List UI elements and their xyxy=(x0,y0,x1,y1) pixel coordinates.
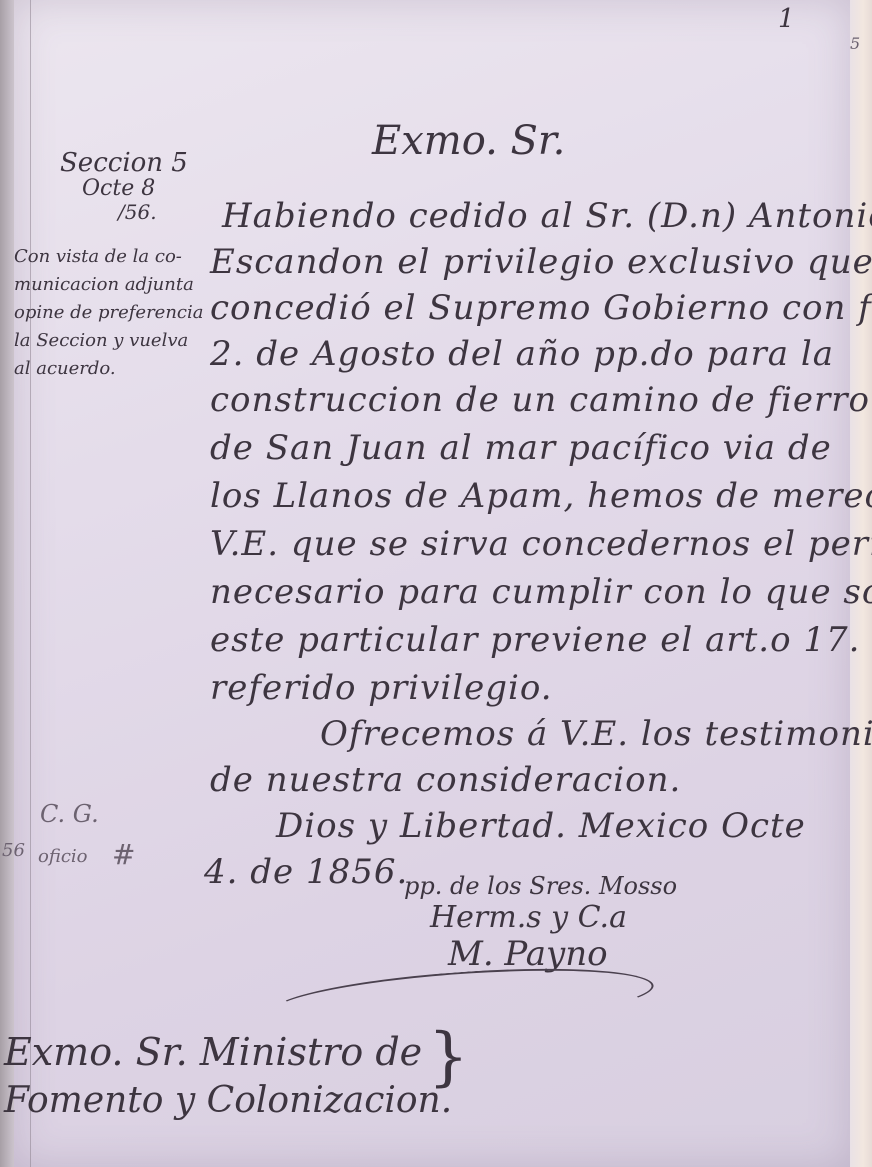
body-line: 2. de Agosto del año pp.do para la xyxy=(210,334,834,374)
margin-year: /56. xyxy=(118,200,157,224)
signature-name: M. Payno xyxy=(448,934,608,974)
signature-on-behalf: pp. de los Sres. Mosso xyxy=(404,872,677,900)
dateline-year: 4. de 1856. xyxy=(204,852,408,892)
page-gutter-line xyxy=(30,0,31,1167)
margin-note-oficio: oficio xyxy=(38,846,88,867)
annotation-line: municacion adjunta xyxy=(14,274,194,295)
body-line: Escandon el privilegio exclusivo que nos xyxy=(210,242,872,282)
signature-firm: Herm.s y C.a xyxy=(430,900,627,935)
margin-section: Seccion 5 xyxy=(60,148,188,178)
body-line: construccion de un camino de fierro xyxy=(210,380,870,420)
folio-mark-right: 5 xyxy=(850,34,860,53)
addressee-line: Fomento y Colonizacion. xyxy=(4,1080,452,1121)
annotation-line: la Seccion y vuelva xyxy=(14,330,188,351)
folio-number: 1 xyxy=(778,4,795,34)
margin-date: Octe 8 xyxy=(82,176,155,201)
body-line: V.E. que se sirva concedernos el permiso xyxy=(210,524,872,564)
body-line: concedió el Supremo Gobierno con fha xyxy=(210,288,872,328)
salutation: Exmo. Sr. xyxy=(372,118,565,164)
body-line: de San Juan al mar pacífico via de xyxy=(210,428,832,468)
body-line: Habiendo cedido al Sr. (D.n) Antonio xyxy=(222,196,872,236)
dateline: Dios y Libertad. Mexico Octe xyxy=(276,806,806,846)
closing-line: de nuestra consideracion. xyxy=(210,760,681,800)
closing-line: Ofrecemos á V.E. los testimonios xyxy=(320,714,872,754)
body-line: necesario para cumplir con lo que sobre xyxy=(210,572,872,612)
annotation-line: Con vista de la co- xyxy=(14,246,182,267)
brace-flourish-icon: } xyxy=(428,1020,469,1094)
annotation-line: opine de preferencia xyxy=(14,302,204,323)
annotation-line: al acuerdo. xyxy=(14,358,116,379)
body-line: referido privilegio. xyxy=(210,668,553,708)
body-line: este particular previene el art.o 17. de… xyxy=(210,620,872,660)
addressee-line: Exmo. Sr. Ministro de xyxy=(4,1030,422,1074)
cross-mark-icon: # xyxy=(112,838,135,871)
body-line: los Llanos de Apam, hemos de merecer á xyxy=(210,476,872,516)
margin-initials: C. G. xyxy=(40,800,99,828)
margin-number: 56 xyxy=(2,840,25,861)
